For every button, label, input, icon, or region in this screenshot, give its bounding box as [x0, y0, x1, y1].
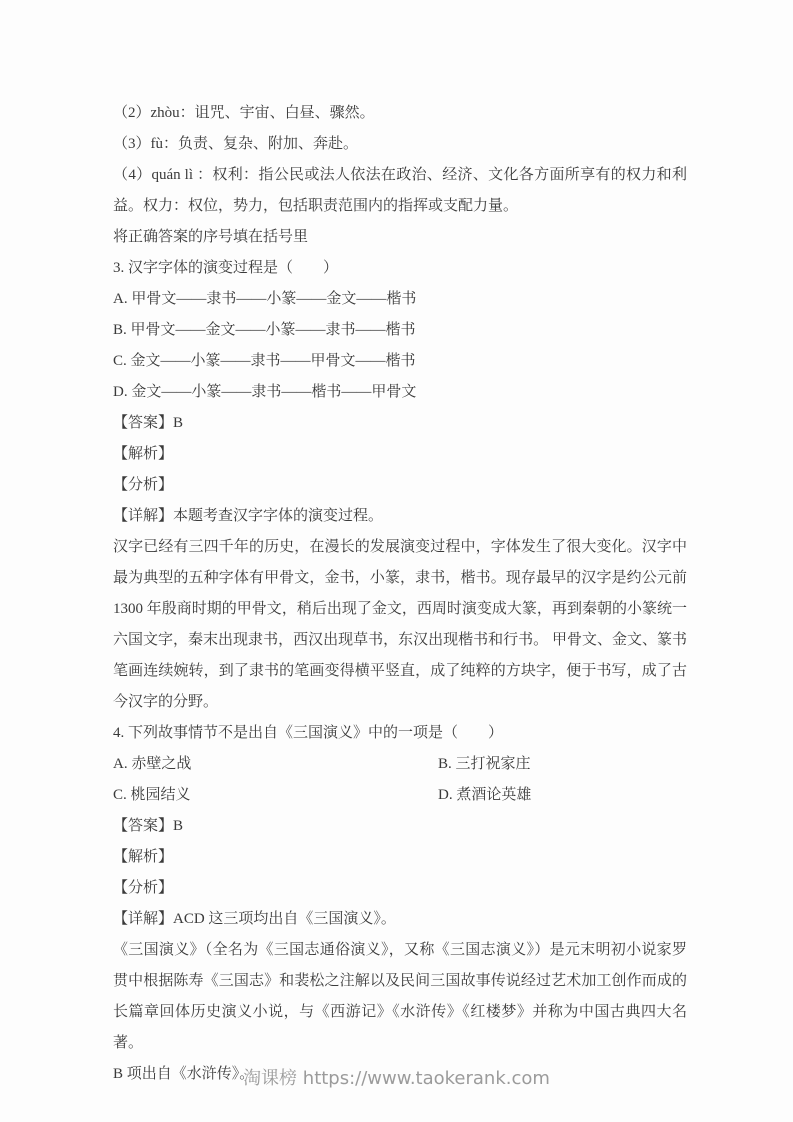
q4-stem: 4. 下列故事情节不是出自《三国演义》中的一项是（ ） — [113, 718, 687, 749]
q4-answer: 【答案】B — [113, 811, 687, 842]
q4-xiangjie: 【详解】ACD 这三项均出自《三国演义》。 — [113, 904, 687, 935]
q3-option-c: C. 金文——小篆——隶书——甲骨文——楷书 — [113, 346, 687, 377]
site-watermark-footer: 淘课榜 https://www.taokerank.com — [0, 1064, 793, 1090]
q4-options-row-2: C. 桃园结义 D. 煮酒论英雄 — [113, 780, 687, 811]
q4-option-b: B. 三打祝家庄 — [438, 749, 687, 780]
q3-jiexi-label: 【解析】 — [113, 439, 687, 470]
q3-explanation: 汉字已经有三四千年的历史，在漫长的发展演变过程中，字体发生了很大变化。汉字中最为… — [113, 532, 687, 718]
q4-options-row-1: A. 赤壁之战 B. 三打祝家庄 — [113, 749, 687, 780]
vocab-item-quanli: （4）quán lì ：权利：指公民或法人依法在政治、经济、文化各方面所享有的权… — [113, 160, 687, 222]
q3-xiangjie: 【详解】本题考查汉字字体的演变过程。 — [113, 501, 687, 532]
instruction-line: 将正确答案的序号填在括号里 — [113, 222, 687, 253]
q4-explanation: 《三国演义》（全名为《三国志通俗演义》，又称《三国志演义》）是元末明初小说家罗贯… — [113, 935, 687, 1059]
q3-option-a: A. 甲骨文——隶书——小篆——金文——楷书 — [113, 284, 687, 315]
q4-jiexi-label: 【解析】 — [113, 842, 687, 873]
vocab-item-fu: （3）fù：负责、复杂、附加、奔赴。 — [113, 129, 687, 160]
q4-option-d: D. 煮酒论英雄 — [438, 780, 687, 811]
q3-fenxi-label: 【分析】 — [113, 470, 687, 501]
document-page: （2）zhòu：诅咒、宇宙、白昼、骤然。 （3）fù：负责、复杂、附加、奔赴。 … — [113, 98, 687, 1090]
vocab-item-zhou: （2）zhòu：诅咒、宇宙、白昼、骤然。 — [113, 98, 687, 129]
q3-option-b: B. 甲骨文——金文——小篆——隶书——楷书 — [113, 315, 687, 346]
q4-fenxi-label: 【分析】 — [113, 873, 687, 904]
q3-answer: 【答案】B — [113, 408, 687, 439]
q3-option-d: D. 金文——小篆——隶书——楷书——甲骨文 — [113, 377, 687, 408]
q3-stem: 3. 汉字字体的演变过程是（ ） — [113, 253, 687, 284]
q4-option-c: C. 桃园结义 — [113, 780, 438, 811]
q4-option-a: A. 赤壁之战 — [113, 749, 438, 780]
